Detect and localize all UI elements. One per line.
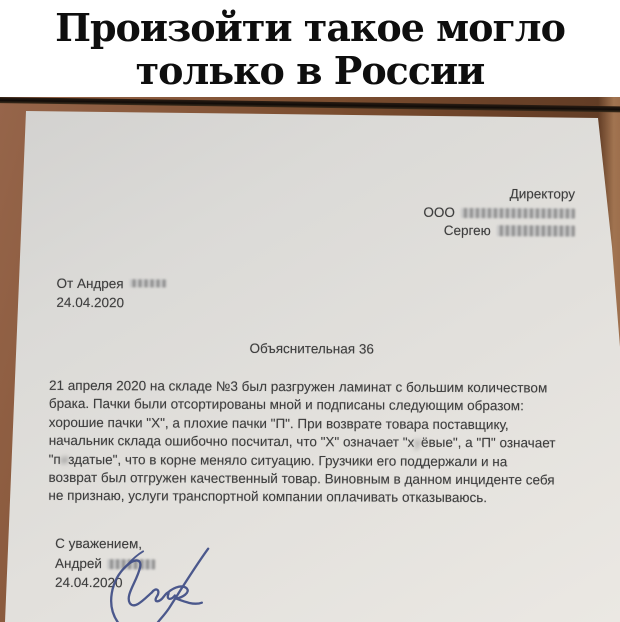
body-line-5-before: "п <box>49 451 61 466</box>
body-line-5-after: здатые", что в корне меняло ситуацию. Гр… <box>68 452 507 469</box>
censored-sender-surname <box>130 279 167 287</box>
document-heading: Объяснительная 36 <box>49 340 574 358</box>
caption-line-1: Произойти такое могло <box>55 6 565 49</box>
caption-line-2: только в России <box>136 49 485 92</box>
document-body: 21 апреля 2020 на складе №3 был разгруже… <box>48 377 555 508</box>
censored-person-surname <box>497 225 575 236</box>
body-line-4-before: начальник склада ошибочно посчитал, что … <box>49 433 415 450</box>
document-photo: Директору ООО Сергею От Андрея 24.04.202… <box>0 97 620 622</box>
sender-prefix: От Андрея <box>57 276 124 291</box>
document-text-layer: Директору ООО Сергею От Андрея 24.04.202… <box>0 97 620 622</box>
censored-letter-2: и <box>61 452 69 467</box>
sender-block: От Андрея 24.04.2020 <box>56 274 166 313</box>
body-line-7: не признаю, услуги транспортной компании… <box>48 487 555 508</box>
body-line-4-after: ёвые", а "П" означает <box>421 435 556 451</box>
censored-company-name <box>461 207 575 218</box>
addressee-title: Директору <box>423 185 575 204</box>
censored-letter-1: у <box>414 435 421 450</box>
addressee-block: Директору ООО Сергею <box>423 185 575 241</box>
meme-caption: Произойти такое могло только в России <box>0 0 620 97</box>
signature-scribble <box>104 545 222 622</box>
meme-page: Произойти такое могло только в России Ди… <box>0 0 620 622</box>
person-prefix: Сергею <box>444 223 491 238</box>
addressee-person: Сергею <box>423 222 575 241</box>
sender-date: 24.04.2020 <box>56 293 166 313</box>
company-prefix: ООО <box>423 204 455 219</box>
body-line-4: начальник склада ошибочно посчитал, что … <box>49 432 556 453</box>
closing-name-prefix: Андрей <box>55 555 102 570</box>
addressee-company: ООО <box>423 203 575 222</box>
body-line-2: брака. Пачки были отсортированы мной и п… <box>49 395 556 416</box>
sender-line: От Андрея <box>56 274 166 294</box>
